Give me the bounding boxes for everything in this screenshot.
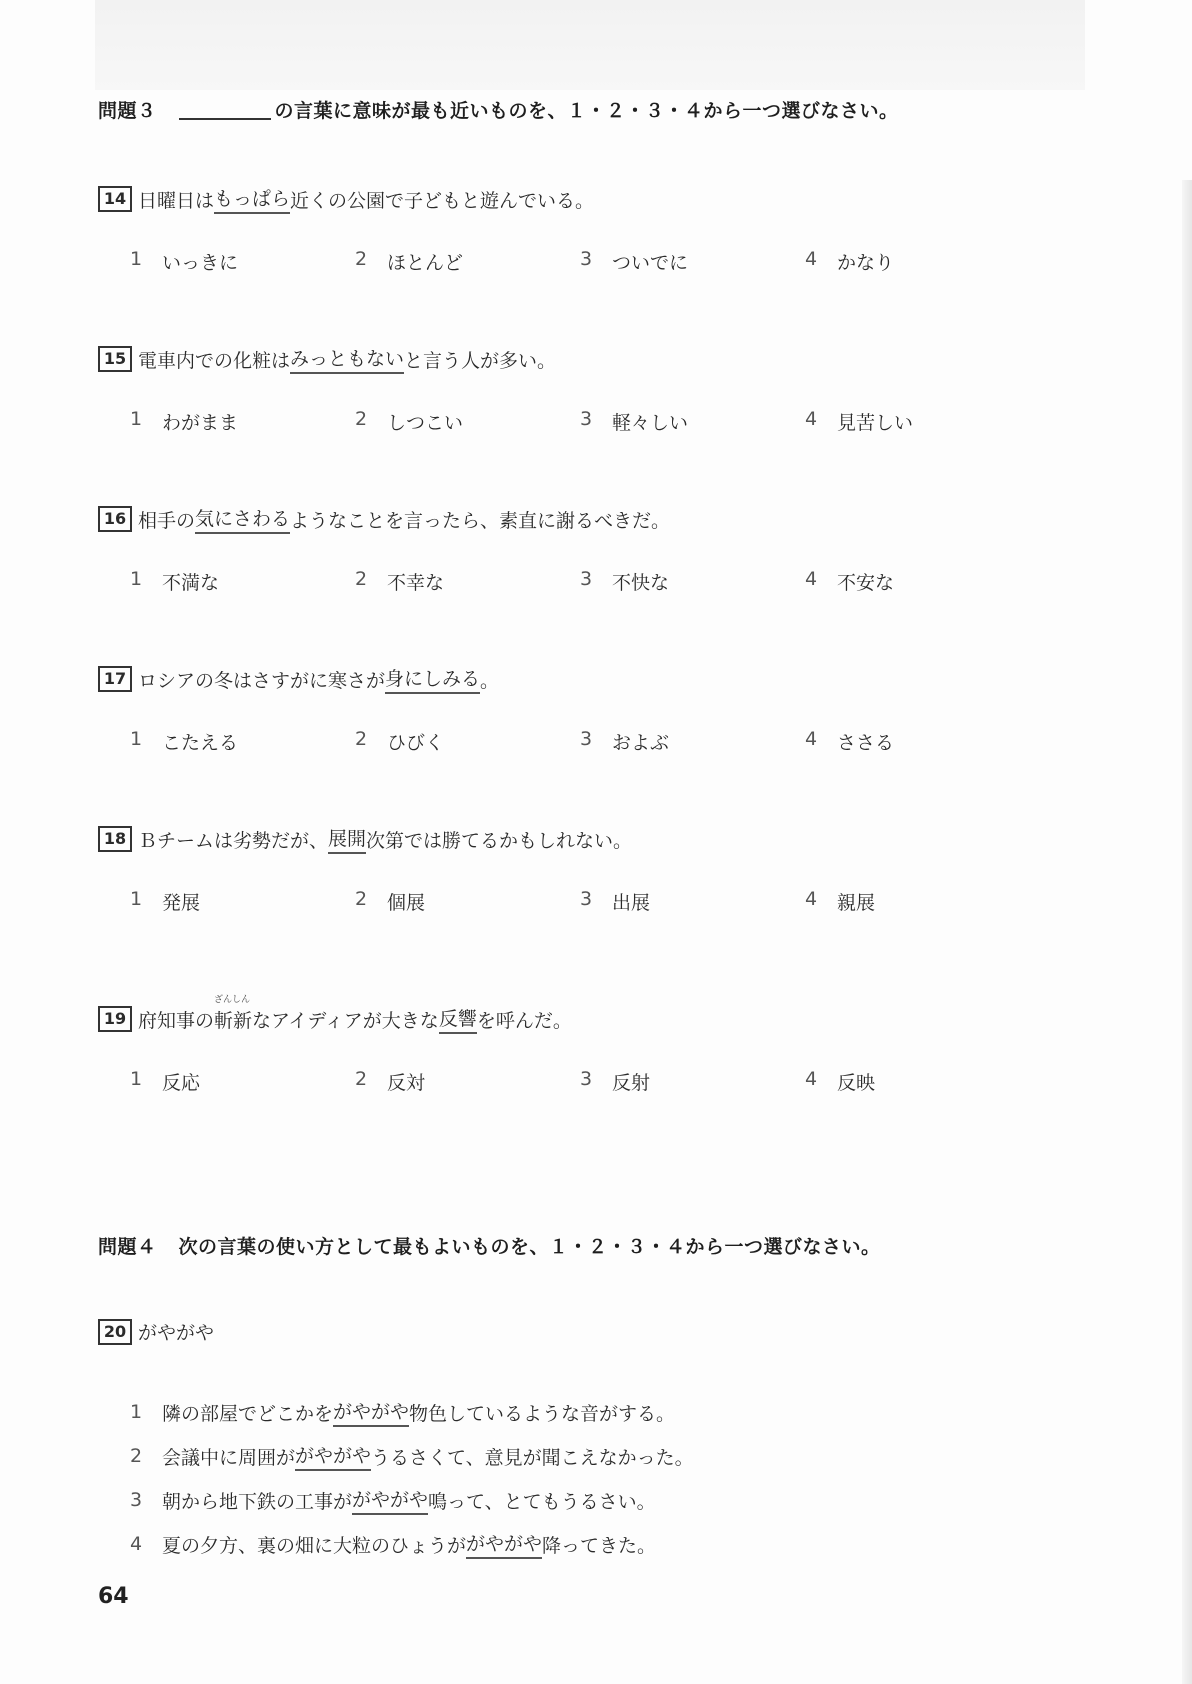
section-3-instruction: の言葉に意味が最も近いものを、１・２・３・４から一つ選びなさい。 [275, 96, 899, 123]
question-15: 15 電車内での化粧はみっともないと言う人が多い。 [98, 344, 556, 374]
choice-option[interactable]: 1わがまま [130, 408, 355, 435]
choice-text: かなり [837, 248, 894, 275]
choice-text: 見苦しい [837, 408, 913, 435]
target-word: がやがや [333, 1397, 409, 1427]
target-word: がやがや [295, 1441, 371, 1471]
choice-number: 2 [355, 1068, 387, 1095]
choice-number: 2 [355, 888, 387, 915]
question-number: 18 [98, 826, 132, 852]
choice-text: 不安な [837, 568, 894, 595]
question-20: 20 がやがや [98, 1318, 214, 1345]
choice-text: 個展 [387, 888, 425, 915]
choice-option[interactable]: 4見苦しい [805, 408, 1030, 435]
usage-options: 1 隣の部屋でどこかをがやがや物色しているような音がする。 2 会議中に周囲がが… [130, 1390, 694, 1566]
choice-text: 不満な [162, 568, 219, 595]
choice-option[interactable]: 3ついでに [580, 248, 805, 275]
question-17: 17 ロシアの冬はさすがに寒さが身にしみる。 [98, 664, 499, 694]
option-text: 降ってきた。 [542, 1531, 656, 1558]
option-text: 朝から地下鉄の工事が [162, 1487, 352, 1514]
choice-number: 1 [130, 248, 162, 275]
page-number: 64 [98, 1584, 129, 1609]
choice-number: 3 [580, 248, 612, 275]
option-text: 隣の部屋でどこかを [162, 1399, 333, 1426]
target-word: もっぱら [214, 184, 290, 214]
choice-option[interactable]: 1反応 [130, 1068, 355, 1095]
choice-option[interactable]: 3軽々しい [580, 408, 805, 435]
choice-option[interactable]: 3反射 [580, 1068, 805, 1095]
usage-option[interactable]: 4 夏の夕方、裏の畑に大粒のひょうががやがや降ってきた。 [130, 1522, 694, 1566]
usage-option[interactable]: 3 朝から地下鉄の工事ががやがや鳴って、とてもうるさい。 [130, 1478, 694, 1522]
question-text: 次第では勝てるかもしれない。 [366, 826, 632, 853]
question-text: 電車内での化粧は [138, 346, 290, 373]
page-top-shadow [95, 0, 1085, 90]
choice-number: 1 [130, 728, 162, 755]
choice-number: 2 [355, 568, 387, 595]
choice-option[interactable]: 3出展 [580, 888, 805, 915]
choice-number: 4 [805, 728, 837, 755]
option-text: 物色しているような音がする。 [409, 1399, 675, 1426]
choice-number: 3 [580, 728, 612, 755]
choice-text: 不快な [612, 568, 669, 595]
choice-text: ささる [837, 728, 894, 755]
question-word: がやがや [138, 1318, 214, 1345]
choice-number: 4 [805, 248, 837, 275]
choice-option[interactable]: 2反対 [355, 1068, 580, 1095]
choice-number: 3 [580, 888, 612, 915]
choice-text: ついでに [612, 248, 688, 275]
choice-text: およぶ [612, 728, 669, 755]
usage-option[interactable]: 2 会議中に周囲ががやがやうるさくて、意見が聞こえなかった。 [130, 1434, 694, 1478]
question-text: と言う人が多い。 [404, 346, 556, 373]
target-word: 身にしみる [385, 664, 480, 694]
choice-text: 出展 [612, 888, 650, 915]
choice-text: しつこい [387, 408, 463, 435]
choices-14: 1いっきに 2ほとんど 3ついでに 4かなり [130, 248, 1030, 275]
choice-text: 親展 [837, 888, 875, 915]
choices-19: 1反応 2反対 3反射 4反映 [130, 1068, 1030, 1095]
usage-option[interactable]: 1 隣の部屋でどこかをがやがや物色しているような音がする。 [130, 1390, 694, 1434]
question-14: 14 日曜日はもっぱら近くの公園で子どもと遊んでいる。 [98, 184, 594, 214]
target-word: がやがや [466, 1529, 542, 1559]
question-19: 19 府知事のざんしん斬新なアイディアが大きな反響を呼んだ。 [98, 1004, 572, 1034]
target-word: 展開 [328, 824, 366, 854]
question-text: 近くの公園で子どもと遊んでいる。 [290, 186, 594, 213]
question-text: 相手の [138, 506, 195, 533]
question-text: なアイディアが大きな [252, 1006, 439, 1033]
choice-number: 1 [130, 1068, 162, 1095]
question-text: ようなことを言ったら、素直に謝るべきだ。 [290, 506, 670, 533]
choice-number: 3 [580, 568, 612, 595]
page-edge [1182, 180, 1192, 1684]
question-number: 15 [98, 346, 132, 372]
choice-option[interactable]: 2ひびく [355, 728, 580, 755]
blank-underline [179, 118, 271, 120]
choice-text: 軽々しい [612, 408, 688, 435]
choice-number: 2 [355, 728, 387, 755]
furigana: ざんしん [214, 992, 250, 1005]
choice-option[interactable]: 2不幸な [355, 568, 580, 595]
choice-text: 反映 [837, 1068, 875, 1095]
question-16: 16 相手の気にさわるようなことを言ったら、素直に謝るべきだ。 [98, 504, 670, 534]
choice-number: 2 [355, 408, 387, 435]
section-4-label: 問題４ [98, 1232, 157, 1259]
choice-number: 4 [805, 1068, 837, 1095]
question-number: 19 [98, 1006, 132, 1032]
choice-option[interactable]: 1いっきに [130, 248, 355, 275]
option-number: 1 [130, 1401, 162, 1423]
choice-option[interactable]: 4ささる [805, 728, 1030, 755]
choice-number: 1 [130, 408, 162, 435]
choices-16: 1不満な 2不幸な 3不快な 4不安な [130, 568, 1030, 595]
choice-option[interactable]: 2ほとんど [355, 248, 580, 275]
choice-option[interactable]: 4不安な [805, 568, 1030, 595]
option-number: 3 [130, 1489, 162, 1511]
question-18: 18 Ｂチームは劣勢だが、展開次第では勝てるかもしれない。 [98, 824, 632, 854]
choice-option[interactable]: 1こたえる [130, 728, 355, 755]
choice-text: 不幸な [387, 568, 444, 595]
target-word: 反響 [439, 1004, 477, 1034]
choice-option[interactable]: 2個展 [355, 888, 580, 915]
choice-option[interactable]: 3不快な [580, 568, 805, 595]
question-number: 17 [98, 666, 132, 692]
choice-option[interactable]: 2しつこい [355, 408, 580, 435]
question-number: 14 [98, 186, 132, 212]
choice-text: 反射 [612, 1068, 650, 1095]
target-word: 気にさわる [195, 504, 290, 534]
question-number: 16 [98, 506, 132, 532]
choices-17: 1こたえる 2ひびく 3およぶ 4ささる [130, 728, 1030, 755]
question-text: Ｂチームは劣勢だが、 [138, 826, 328, 853]
option-text: うるさくて、意見が聞こえなかった。 [371, 1443, 694, 1470]
choice-number: 1 [130, 888, 162, 915]
question-text: を呼んだ。 [477, 1006, 572, 1033]
choice-number: 2 [355, 248, 387, 275]
choices-15: 1わがまま 2しつこい 3軽々しい 4見苦しい [130, 408, 1030, 435]
option-text: 会議中に周囲が [162, 1443, 295, 1470]
choice-text: こたえる [162, 728, 238, 755]
question-text: 日曜日は [138, 186, 214, 213]
ruby-base: 斬新 [214, 1010, 252, 1032]
choice-number: 4 [805, 888, 837, 915]
option-text: 夏の夕方、裏の畑に大粒のひょうが [162, 1531, 466, 1558]
question-number: 20 [98, 1319, 132, 1345]
choice-text: 反対 [387, 1068, 425, 1095]
section-3-heading: 問題３ の言葉に意味が最も近いものを、１・２・３・４から一つ選びなさい。 [98, 96, 899, 123]
choice-text: 発展 [162, 888, 200, 915]
choice-text: わがまま [162, 408, 238, 435]
option-text: 鳴って、とてもうるさい。 [428, 1487, 656, 1514]
choice-option[interactable]: 4親展 [805, 888, 1030, 915]
choice-text: ほとんど [387, 248, 463, 275]
option-number: 2 [130, 1445, 162, 1467]
question-text: 。 [480, 666, 499, 693]
choice-option[interactable]: 1不満な [130, 568, 355, 595]
question-text: ロシアの冬はさすがに寒さが [138, 666, 385, 693]
target-word: みっともない [290, 344, 404, 374]
choices-18: 1発展 2個展 3出展 4親展 [130, 888, 1030, 915]
choice-option[interactable]: 3およぶ [580, 728, 805, 755]
choice-text: ひびく [387, 728, 444, 755]
question-text: 府知事の [138, 1006, 214, 1033]
choice-option[interactable]: 4反映 [805, 1068, 1030, 1095]
section-3-label: 問題３ [98, 96, 157, 123]
choice-number: 4 [805, 408, 837, 435]
choice-option[interactable]: 4かなり [805, 248, 1030, 275]
target-word: がやがや [352, 1485, 428, 1515]
choice-number: 1 [130, 568, 162, 595]
choice-text: 反応 [162, 1068, 200, 1095]
section-4-instruction: 次の言葉の使い方として最もよいものを、１・２・３・４から一つ選びなさい。 [179, 1232, 881, 1259]
option-number: 4 [130, 1533, 162, 1555]
choice-number: 4 [805, 568, 837, 595]
choice-option[interactable]: 1発展 [130, 888, 355, 915]
choice-number: 3 [580, 1068, 612, 1095]
ruby-word: ざんしん斬新 [214, 1006, 252, 1033]
section-4-heading: 問題４ 次の言葉の使い方として最もよいものを、１・２・３・４から一つ選びなさい。 [98, 1232, 881, 1259]
choice-text: いっきに [162, 248, 238, 275]
choice-number: 3 [580, 408, 612, 435]
